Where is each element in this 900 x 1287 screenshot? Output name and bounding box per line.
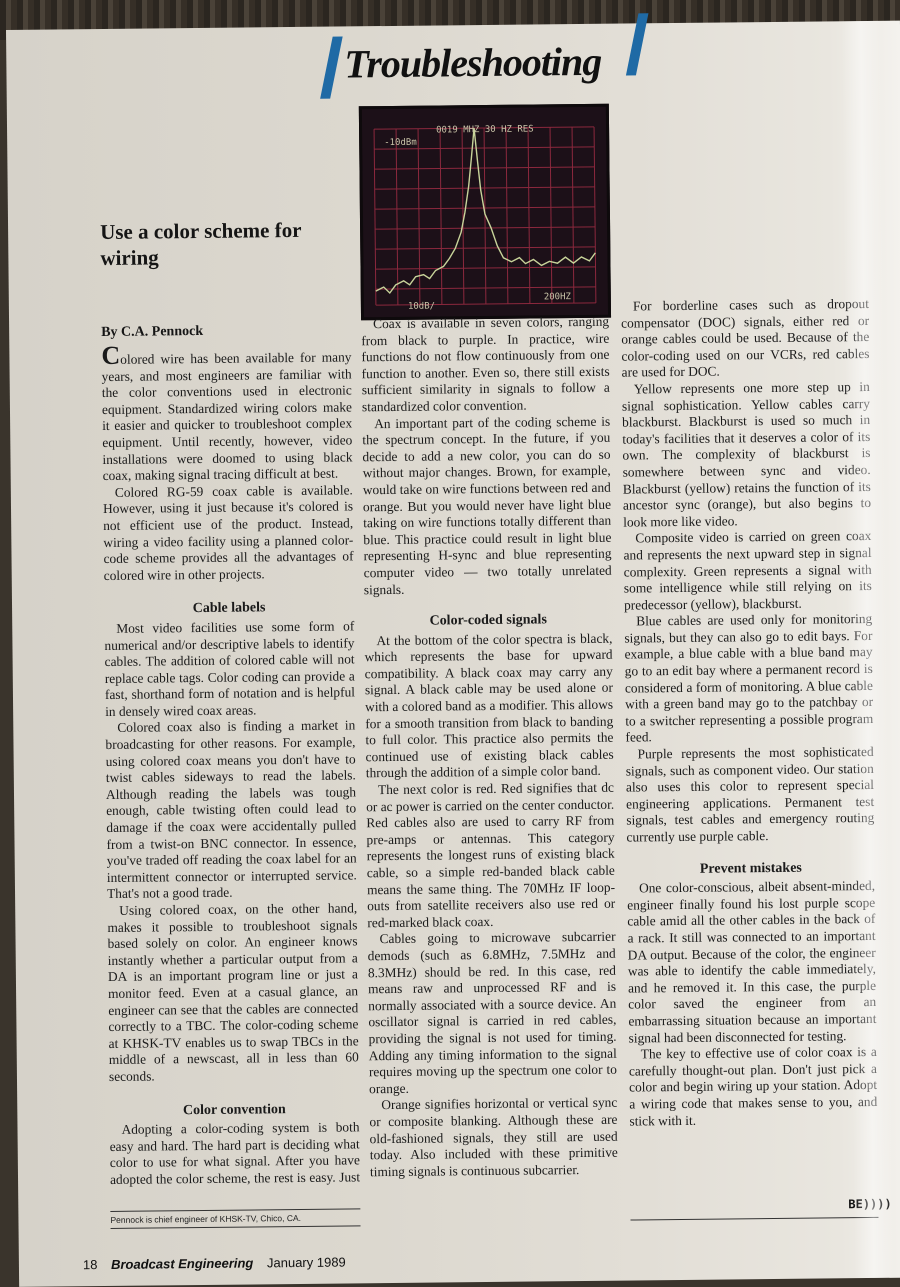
end-rule [630, 1217, 878, 1221]
publication-name: Broadcast Engineering [111, 1255, 253, 1271]
article-byline: By C.A. Pennock [101, 324, 203, 341]
body-paragraph: Yellow represents one more step up in si… [622, 379, 872, 531]
header-accent-bar-right [626, 13, 649, 75]
body-paragraph: Purple represents the most sophisticated… [626, 744, 875, 846]
author-note: Pennock is chief engineer of KHSK-TV, Ch… [110, 1208, 360, 1229]
subheading-color-coded-signals: Color-coded signals [364, 612, 612, 631]
end-of-article-logo: BE)))) [848, 1197, 892, 1211]
body-paragraph: At the bottom of the color spectra is bl… [364, 630, 614, 782]
section-title: Troubleshooting [344, 38, 601, 88]
page-number: 18 [83, 1257, 98, 1272]
body-paragraph: The next color is red. Red signifies tha… [366, 780, 616, 932]
svg-text:200HZ: 200HZ [544, 292, 572, 302]
article-column-2: Coax is available in seven colors, rangi… [361, 314, 618, 1181]
intro-paragraph-1: Colored wire has been available for many… [101, 344, 352, 484]
body-paragraph: An important part of the coding scheme i… [362, 413, 612, 598]
body-paragraph: Colored coax also is finding a market in… [105, 718, 357, 903]
header-accent-bar-left [320, 36, 343, 98]
magazine-page: Troubleshooting -10dBm 0019 MHZ 30 HZ RE… [6, 21, 900, 1287]
subheading-prevent-mistakes: Prevent mistakes [627, 860, 875, 879]
body-paragraph: One color-conscious, albeit absent-minde… [627, 878, 877, 1047]
svg-text:0019 MHZ 30 HZ RES: 0019 MHZ 30 HZ RES [436, 124, 534, 135]
body-paragraph: Most video facilities use some form of n… [104, 618, 355, 720]
section-header: Troubleshooting [316, 23, 647, 86]
body-paragraph: The key to effective use of color coax i… [629, 1044, 878, 1130]
body-paragraph: Using colored coax, on the other hand, m… [107, 900, 359, 1085]
body-paragraph: Blue cables are used only for monitoring… [624, 611, 873, 746]
subheading-color-convention: Color convention [109, 1101, 359, 1120]
body-paragraph: Cables going to microwave subcarrier dem… [367, 929, 617, 1098]
intro-paragraph-2: Colored RG-59 coax cable is available. H… [103, 482, 354, 584]
article-column-1: Colored wire has been available for many… [101, 344, 360, 1188]
svg-text:10dB/: 10dB/ [408, 302, 435, 312]
article-column-3: For borderline cases such as dropout com… [621, 296, 878, 1130]
body-paragraph: Composite video is carried on green coax… [623, 528, 872, 614]
body-paragraph: For borderline cases such as dropout com… [621, 296, 870, 382]
spectrum-analyzer-photo: -10dBm 0019 MHZ 30 HZ RES 10dB/ 200HZ [359, 104, 611, 321]
body-paragraph: Orange signifies horizontal or vertical … [369, 1095, 618, 1181]
subheading-cable-labels: Cable labels [104, 600, 354, 619]
page-footer: 18 Broadcast Engineering January 1989 [83, 1255, 346, 1273]
spectrum-trace-graphic: -10dBm 0019 MHZ 30 HZ RES 10dB/ 200HZ [362, 107, 608, 318]
svg-text:-10dBm: -10dBm [384, 138, 417, 148]
body-paragraph: Coax is available in seven colors, rangi… [361, 314, 610, 416]
article-headline: Use a color scheme for wiring [100, 216, 351, 271]
body-paragraph: Adopting a color-coding system is both e… [109, 1119, 360, 1188]
issue-date: January 1989 [267, 1255, 346, 1271]
drop-cap: C [101, 341, 120, 370]
